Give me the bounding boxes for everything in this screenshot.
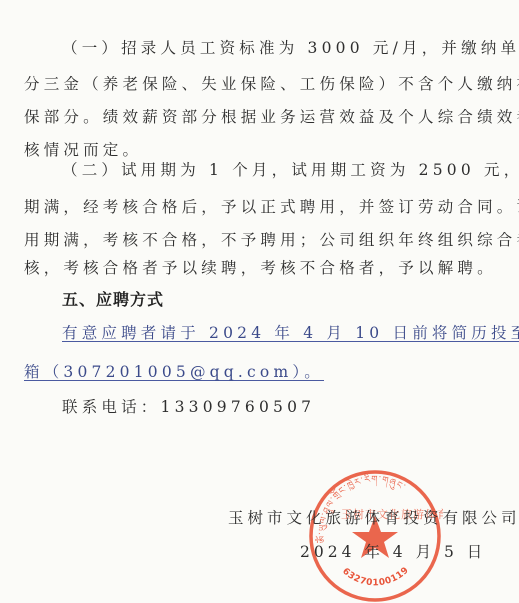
para2-line4: 核，考核合格者予以续聘，考核不合格者，予以解聘。 — [24, 258, 497, 278]
signature-date: 2024 年 4 月 5 日 — [300, 540, 486, 562]
para2-line3: 用期满，考核不合格，不予聘用；公司组织年终组织综合考 — [24, 230, 519, 250]
contact-phone: 联系电话：13309760507 — [62, 397, 315, 417]
para1-line2: 分三金（养老保险、失业保险、工伤保险）不含个人缴纳社 — [24, 74, 519, 94]
section-heading-apply: 五、应聘方式 — [62, 290, 164, 310]
para1-line4: 核情况而定。 — [24, 140, 142, 160]
para2-line1: （二）试用期为 1 个月，试用期工资为 2500 元，试用 — [62, 160, 519, 180]
apply-instruction-line1[interactable]: 有意应聘者请于 2024 年 4 月 10 日前将简历投至电子邮 — [62, 323, 519, 343]
para1-line1: （一）招录人员工资标准为 3000 元/月，并缴纳单位部 — [62, 38, 519, 58]
company-seal: ༀ་ཡུལ་ཤུལ་གྲོང་ཁྱེར་རིག་གཞུང་ 玉树市文化旅游体育 … — [307, 468, 443, 603]
para1-line3: 保部分。绩效薪资部分根据业务运营效益及个人综合绩效考 — [24, 107, 519, 127]
signature-company: 玉树市文化旅游体育投资有限公司 — [228, 506, 519, 528]
phone-number: 13309760507 — [161, 398, 316, 416]
apply-email-link[interactable]: 箱（307201005@qq.com）。 — [24, 362, 324, 382]
para2-line2: 期满，经考核合格后，予以正式聘用，并签订劳动合同。试 — [24, 197, 519, 217]
phone-label: 联系电话： — [62, 398, 161, 416]
